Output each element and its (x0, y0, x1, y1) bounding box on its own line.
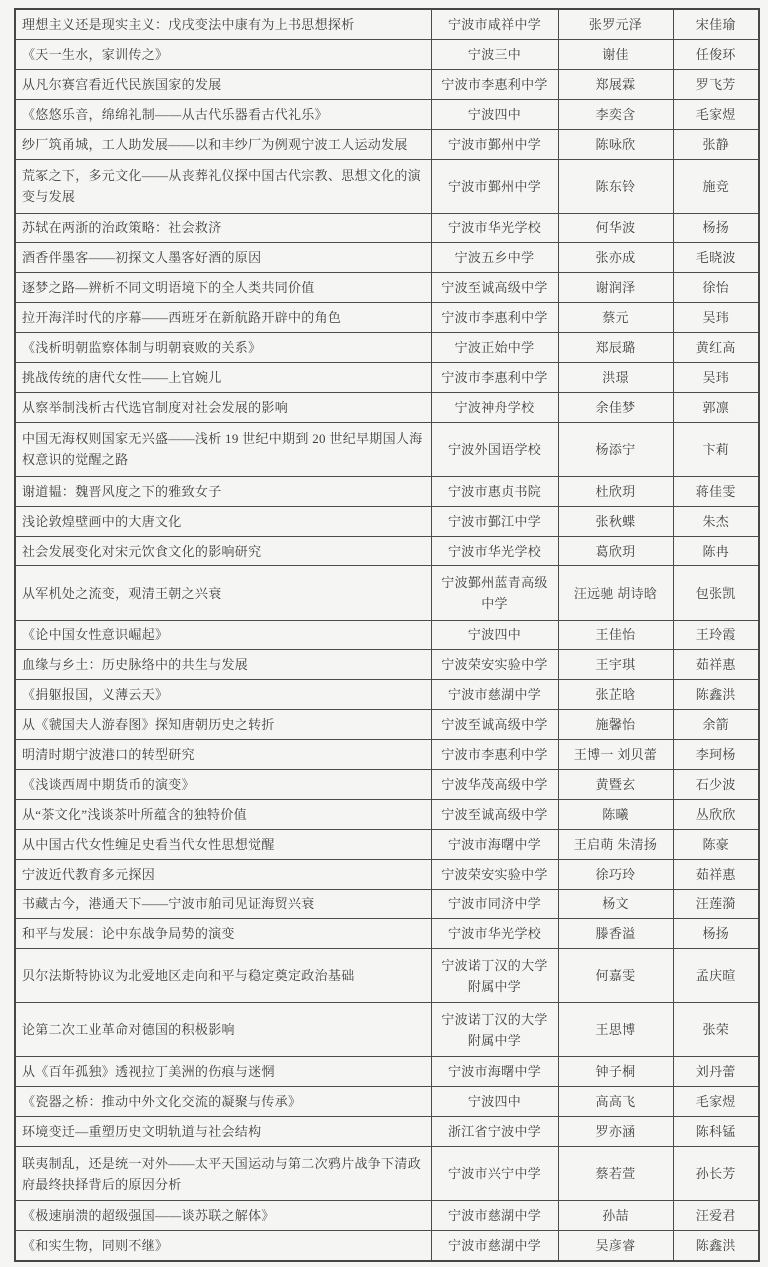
author-cell: 徐巧玲 (558, 859, 673, 889)
table-row: 谢道韫：魏晋风度之下的雅致女子 宁波市惠贞书院 杜欣玥 蒋佳雯 (15, 476, 759, 506)
advisor-cell: 陈冉 (673, 536, 759, 566)
advisor-cell: 毛家煜 (673, 99, 759, 129)
author-cell: 王宇琪 (558, 650, 673, 680)
awards-table: 理想主义还是现实主义：戊戌变法中康有为上书思想探析 宁波市咸祥中学 张罗元泽 宋… (14, 8, 760, 1262)
advisor-cell: 毛家煜 (673, 1087, 759, 1117)
table-row: 《浅析明朝监察体制与明朝衰败的关系》 宁波正始中学 郑辰璐 黄红高 (15, 333, 759, 363)
author-cell: 张罗元泽 (558, 9, 673, 39)
table-row: 《天一生水，家训传之》 宁波三中 谢佳 任俊环 (15, 39, 759, 69)
title-cell: 联夷制乱，还是统一对外——太平天国运动与第二次鸦片战争下清政府最终抉择背后的原因… (15, 1147, 431, 1201)
school-cell: 宁波神舟学校 (431, 392, 558, 422)
advisor-cell: 陈科锰 (673, 1117, 759, 1147)
advisor-cell: 汪爱君 (673, 1201, 759, 1231)
school-cell: 宁波市兴宁中学 (431, 1147, 558, 1201)
title-cell: 挑战传统的唐代女性——上官婉儿 (15, 363, 431, 393)
school-cell: 宁波四中 (431, 620, 558, 650)
advisor-cell: 卞莉 (673, 422, 759, 476)
title-cell: 纱厂筑甬城，工人助发展——以和丰纱厂为例观宁波工人运动发展 (15, 129, 431, 159)
author-cell: 何嘉雯 (558, 949, 673, 1003)
author-cell: 郑辰璐 (558, 333, 673, 363)
author-cell: 陈咏欣 (558, 129, 673, 159)
advisor-cell: 汪莲漪 (673, 889, 759, 919)
title-cell: 浅论敦煌壁画中的大唐文化 (15, 506, 431, 536)
title-cell: 逐梦之路—辨析不同文明语境下的全人类共同价值 (15, 273, 431, 303)
advisor-cell: 陈鑫洪 (673, 1230, 759, 1261)
school-cell: 宁波五乡中学 (431, 243, 558, 273)
author-cell: 余佳梦 (558, 392, 673, 422)
school-cell: 宁波市惠贞书院 (431, 476, 558, 506)
advisor-cell: 孟庆暄 (673, 949, 759, 1003)
author-cell: 孙喆 (558, 1201, 673, 1231)
author-cell: 杨文 (558, 889, 673, 919)
title-cell: 《浅析明朝监察体制与明朝衰败的关系》 (15, 333, 431, 363)
school-cell: 宁波四中 (431, 99, 558, 129)
school-cell: 宁波外国语学校 (431, 422, 558, 476)
advisor-cell: 蒋佳雯 (673, 476, 759, 506)
school-cell: 宁波荣安实验中学 (431, 650, 558, 680)
table-row: 书藏古今，港通天下——宁波市舶司见证海贸兴衰 宁波市同济中学 杨文 汪莲漪 (15, 889, 759, 919)
advisor-cell: 刘丹蕾 (673, 1057, 759, 1087)
advisor-cell: 郭凛 (673, 392, 759, 422)
school-cell: 宁波诺丁汉的大学附属中学 (431, 1003, 558, 1057)
table-row: 环境变迁—重塑历史文明轨道与社会结构 浙江省宁波中学 罗亦涵 陈科锰 (15, 1117, 759, 1147)
author-cell: 谢佳 (558, 39, 673, 69)
title-cell: 从凡尔赛宫看近代民族国家的发展 (15, 69, 431, 99)
title-cell: 《捐躯报国，义薄云天》 (15, 680, 431, 710)
title-cell: 从《虢国夫人游春图》探知唐朝历史之转折 (15, 710, 431, 740)
author-cell: 钟子桐 (558, 1057, 673, 1087)
title-cell: 从军机处之流变，观清王朝之兴衰 (15, 566, 431, 620)
title-cell: 从察举制浅析古代选官制度对社会发展的影响 (15, 392, 431, 422)
table-row: 和平与发展：论中东战争局势的演变 宁波市华光学校 滕香溢 杨扬 (15, 919, 759, 949)
author-cell: 吴彦睿 (558, 1230, 673, 1261)
title-cell: 《悠悠乐音，绵绵礼制——从古代乐器看古代礼乐》 (15, 99, 431, 129)
advisor-cell: 茹祥惠 (673, 859, 759, 889)
advisor-cell: 杨扬 (673, 919, 759, 949)
school-cell: 宁波正始中学 (431, 333, 558, 363)
title-cell: 从“茶文化”浅谈茶叶所蕴含的独特价值 (15, 799, 431, 829)
title-cell: 谢道韫：魏晋风度之下的雅致女子 (15, 476, 431, 506)
title-cell: 从《百年孤独》透视拉丁美洲的伤痕与迷惘 (15, 1057, 431, 1087)
author-cell: 王启萌 朱清扬 (558, 829, 673, 859)
school-cell: 宁波市慈湖中学 (431, 680, 558, 710)
table-row: 纱厂筑甬城，工人助发展——以和丰纱厂为例观宁波工人运动发展 宁波市鄞州中学 陈咏… (15, 129, 759, 159)
school-cell: 宁波市李惠利中学 (431, 363, 558, 393)
title-cell: 拉开海洋时代的序幕——西班牙在新航路开辟中的角色 (15, 303, 431, 333)
advisor-cell: 罗飞芳 (673, 69, 759, 99)
advisor-cell: 吴玮 (673, 363, 759, 393)
table-row: 酒香伴墨客——初探文人墨客好酒的原因 宁波五乡中学 张亦成 毛晓波 (15, 243, 759, 273)
author-cell: 滕香溢 (558, 919, 673, 949)
table-row: 从察举制浅析古代选官制度对社会发展的影响 宁波神舟学校 余佳梦 郭凛 (15, 392, 759, 422)
title-cell: 环境变迁—重塑历史文明轨道与社会结构 (15, 1117, 431, 1147)
author-cell: 张亦成 (558, 243, 673, 273)
school-cell: 宁波市同济中学 (431, 889, 558, 919)
table-row: 《论中国女性意识崛起》 宁波四中 王佳怡 王玲霞 (15, 620, 759, 650)
title-cell: 和平与发展：论中东战争局势的演变 (15, 919, 431, 949)
author-cell: 何华波 (558, 213, 673, 243)
school-cell: 宁波鄞州蓝青高级中学 (431, 566, 558, 620)
author-cell: 施馨怡 (558, 710, 673, 740)
table-row: 论第二次工业革命对德国的积极影响 宁波诺丁汉的大学附属中学 王思博 张荣 (15, 1003, 759, 1057)
school-cell: 宁波市华光学校 (431, 213, 558, 243)
table-row: 苏轼在两浙的治政策略：社会救济 宁波市华光学校 何华波 杨扬 (15, 213, 759, 243)
title-cell: 书藏古今，港通天下——宁波市舶司见证海贸兴衰 (15, 889, 431, 919)
advisor-cell: 张静 (673, 129, 759, 159)
author-cell: 陈曦 (558, 799, 673, 829)
advisor-cell: 陈豪 (673, 829, 759, 859)
table-row: 《极速崩溃的超级强国——谈苏联之解体》 宁波市慈湖中学 孙喆 汪爱君 (15, 1201, 759, 1231)
advisor-cell: 朱杰 (673, 506, 759, 536)
title-cell: 贝尔法斯特协议为北爱地区走向和平与稳定奠定政治基础 (15, 949, 431, 1003)
title-cell: 《瓷器之桥：推动中外文化交流的凝聚与传承》 (15, 1087, 431, 1117)
table-row: 从军机处之流变，观清王朝之兴衰 宁波鄞州蓝青高级中学 汪远驰 胡诗晗 包张凯 (15, 566, 759, 620)
table-row: 《浅谈西周中期货币的演变》 宁波华茂高级中学 黄暨玄 石少波 (15, 769, 759, 799)
author-cell: 高高飞 (558, 1087, 673, 1117)
author-cell: 李奕含 (558, 99, 673, 129)
title-cell: 社会发展变化对宋元饮食文化的影响研究 (15, 536, 431, 566)
advisor-cell: 任俊环 (673, 39, 759, 69)
document-page: 理想主义还是现实主义：戊戌变法中康有为上书思想探析 宁波市咸祥中学 张罗元泽 宋… (14, 8, 760, 1262)
advisor-cell: 余箭 (673, 710, 759, 740)
awards-table-body: 理想主义还是现实主义：戊戌变法中康有为上书思想探析 宁波市咸祥中学 张罗元泽 宋… (15, 9, 759, 1261)
title-cell: 血缘与乡土：历史脉络中的共生与发展 (15, 650, 431, 680)
author-cell: 葛欣玥 (558, 536, 673, 566)
table-row: 荒冢之下，多元文化——从丧葬礼仪探中国古代宗教、思想文化的演变与发展 宁波市鄞州… (15, 159, 759, 213)
school-cell: 宁波市李惠利中学 (431, 740, 558, 770)
advisor-cell: 黄红高 (673, 333, 759, 363)
title-cell: 《极速崩溃的超级强国——谈苏联之解体》 (15, 1201, 431, 1231)
school-cell: 宁波华茂高级中学 (431, 769, 558, 799)
school-cell: 浙江省宁波中学 (431, 1117, 558, 1147)
school-cell: 宁波三中 (431, 39, 558, 69)
title-cell: 从中国古代女性缠足史看当代女性思想觉醒 (15, 829, 431, 859)
advisor-cell: 李珂杨 (673, 740, 759, 770)
school-cell: 宁波荣安实验中学 (431, 859, 558, 889)
author-cell: 张芷晗 (558, 680, 673, 710)
table-row: 从《百年孤独》透视拉丁美洲的伤痕与迷惘 宁波市海曙中学 钟子桐 刘丹蕾 (15, 1057, 759, 1087)
title-cell: 中国无海权则国家无兴盛——浅析 19 世纪中期到 20 世纪早期国人海权意识的觉… (15, 422, 431, 476)
advisor-cell: 张荣 (673, 1003, 759, 1057)
title-cell: 荒冢之下，多元文化——从丧葬礼仪探中国古代宗教、思想文化的演变与发展 (15, 159, 431, 213)
school-cell: 宁波至诚高级中学 (431, 273, 558, 303)
title-cell: 理想主义还是现实主义：戊戌变法中康有为上书思想探析 (15, 9, 431, 39)
author-cell: 谢润泽 (558, 273, 673, 303)
advisor-cell: 孙长芳 (673, 1147, 759, 1201)
advisor-cell: 王玲霞 (673, 620, 759, 650)
author-cell: 王佳怡 (558, 620, 673, 650)
table-row: 浅论敦煌壁画中的大唐文化 宁波市鄞江中学 张秋蝶 朱杰 (15, 506, 759, 536)
table-row: 挑战传统的唐代女性——上官婉儿 宁波市李惠利中学 洪璟 吴玮 (15, 363, 759, 393)
school-cell: 宁波市华光学校 (431, 919, 558, 949)
author-cell: 王博一 刘贝蕾 (558, 740, 673, 770)
advisor-cell: 茹祥惠 (673, 650, 759, 680)
table-row: 理想主义还是现实主义：戊戌变法中康有为上书思想探析 宁波市咸祥中学 张罗元泽 宋… (15, 9, 759, 39)
table-row: 宁波近代教育多元探因 宁波荣安实验中学 徐巧玲 茹祥惠 (15, 859, 759, 889)
table-row: 逐梦之路—辨析不同文明语境下的全人类共同价值 宁波至诚高级中学 谢润泽 徐怡 (15, 273, 759, 303)
school-cell: 宁波市鄞江中学 (431, 506, 558, 536)
title-cell: 《浅谈西周中期货币的演变》 (15, 769, 431, 799)
school-cell: 宁波至诚高级中学 (431, 710, 558, 740)
title-cell: 明清时期宁波港口的转型研究 (15, 740, 431, 770)
author-cell: 蔡若萱 (558, 1147, 673, 1201)
table-row: 从凡尔赛宫看近代民族国家的发展 宁波市李惠利中学 郑展霖 罗飞芳 (15, 69, 759, 99)
author-cell: 汪远驰 胡诗晗 (558, 566, 673, 620)
advisor-cell: 包张凯 (673, 566, 759, 620)
school-cell: 宁波四中 (431, 1087, 558, 1117)
author-cell: 陈东铃 (558, 159, 673, 213)
school-cell: 宁波市海曙中学 (431, 1057, 558, 1087)
advisor-cell: 石少波 (673, 769, 759, 799)
advisor-cell: 宋佳瑜 (673, 9, 759, 39)
table-row: 中国无海权则国家无兴盛——浅析 19 世纪中期到 20 世纪早期国人海权意识的觉… (15, 422, 759, 476)
table-row: 《捐躯报国，义薄云天》 宁波市慈湖中学 张芷晗 陈鑫洪 (15, 680, 759, 710)
school-cell: 宁波诺丁汉的大学附属中学 (431, 949, 558, 1003)
title-cell: 酒香伴墨客——初探文人墨客好酒的原因 (15, 243, 431, 273)
title-cell: 论第二次工业革命对德国的积极影响 (15, 1003, 431, 1057)
title-cell: 《论中国女性意识崛起》 (15, 620, 431, 650)
school-cell: 宁波市李惠利中学 (431, 69, 558, 99)
advisor-cell: 丛欣欣 (673, 799, 759, 829)
school-cell: 宁波至诚高级中学 (431, 799, 558, 829)
author-cell: 郑展霖 (558, 69, 673, 99)
table-row: 联夷制乱，还是统一对外——太平天国运动与第二次鸦片战争下清政府最终抉择背后的原因… (15, 1147, 759, 1201)
table-row: 《瓷器之桥：推动中外文化交流的凝聚与传承》 宁波四中 高高飞 毛家煜 (15, 1087, 759, 1117)
author-cell: 蔡元 (558, 303, 673, 333)
advisor-cell: 徐怡 (673, 273, 759, 303)
table-row: 社会发展变化对宋元饮食文化的影响研究 宁波市华光学校 葛欣玥 陈冉 (15, 536, 759, 566)
school-cell: 宁波市海曙中学 (431, 829, 558, 859)
author-cell: 杜欣玥 (558, 476, 673, 506)
advisor-cell: 杨扬 (673, 213, 759, 243)
table-row: 从《虢国夫人游春图》探知唐朝历史之转折 宁波至诚高级中学 施馨怡 余箭 (15, 710, 759, 740)
school-cell: 宁波市李惠利中学 (431, 303, 558, 333)
table-row: 从“茶文化”浅谈茶叶所蕴含的独特价值 宁波至诚高级中学 陈曦 丛欣欣 (15, 799, 759, 829)
table-row: 《悠悠乐音，绵绵礼制——从古代乐器看古代礼乐》 宁波四中 李奕含 毛家煜 (15, 99, 759, 129)
advisor-cell: 陈鑫洪 (673, 680, 759, 710)
advisor-cell: 吴玮 (673, 303, 759, 333)
title-cell: 苏轼在两浙的治政策略：社会救济 (15, 213, 431, 243)
school-cell: 宁波市华光学校 (431, 536, 558, 566)
school-cell: 宁波市鄞州中学 (431, 159, 558, 213)
author-cell: 王思博 (558, 1003, 673, 1057)
table-row: 拉开海洋时代的序幕——西班牙在新航路开辟中的角色 宁波市李惠利中学 蔡元 吴玮 (15, 303, 759, 333)
title-cell: 《天一生水，家训传之》 (15, 39, 431, 69)
table-row: 血缘与乡土：历史脉络中的共生与发展 宁波荣安实验中学 王宇琪 茹祥惠 (15, 650, 759, 680)
title-cell: 宁波近代教育多元探因 (15, 859, 431, 889)
table-row: 明清时期宁波港口的转型研究 宁波市李惠利中学 王博一 刘贝蕾 李珂杨 (15, 740, 759, 770)
school-cell: 宁波市慈湖中学 (431, 1201, 558, 1231)
author-cell: 洪璟 (558, 363, 673, 393)
school-cell: 宁波市慈湖中学 (431, 1230, 558, 1261)
author-cell: 杨添宁 (558, 422, 673, 476)
author-cell: 黄暨玄 (558, 769, 673, 799)
table-row: 从中国古代女性缠足史看当代女性思想觉醒 宁波市海曙中学 王启萌 朱清扬 陈豪 (15, 829, 759, 859)
title-cell: 《和实生物，同则不继》 (15, 1230, 431, 1261)
table-row: 贝尔法斯特协议为北爱地区走向和平与稳定奠定政治基础 宁波诺丁汉的大学附属中学 何… (15, 949, 759, 1003)
author-cell: 罗亦涵 (558, 1117, 673, 1147)
table-row: 《和实生物，同则不继》 宁波市慈湖中学 吴彦睿 陈鑫洪 (15, 1230, 759, 1261)
author-cell: 张秋蝶 (558, 506, 673, 536)
advisor-cell: 毛晓波 (673, 243, 759, 273)
school-cell: 宁波市鄞州中学 (431, 129, 558, 159)
school-cell: 宁波市咸祥中学 (431, 9, 558, 39)
advisor-cell: 施竞 (673, 159, 759, 213)
